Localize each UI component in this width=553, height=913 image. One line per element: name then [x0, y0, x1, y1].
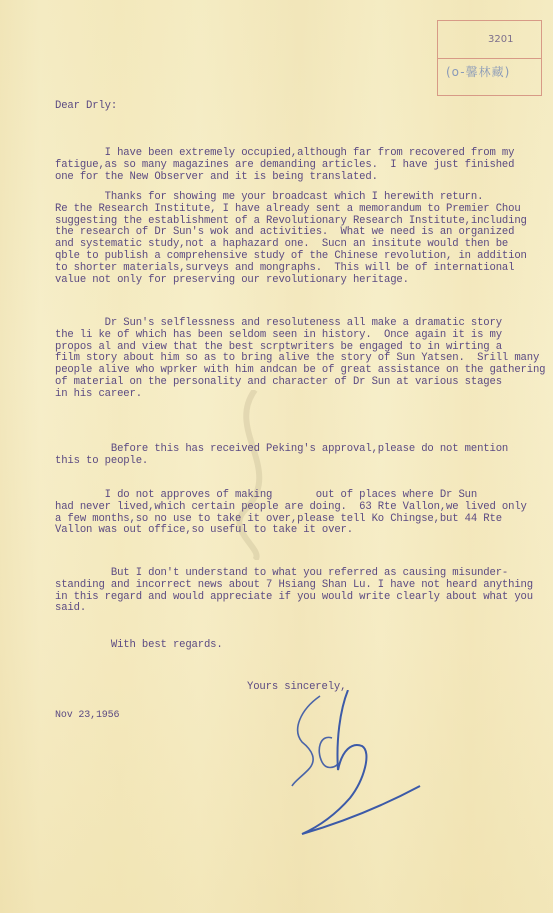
- letter-line: this to people.: [55, 456, 148, 468]
- letter-line: I do not approves of making out of place…: [55, 490, 477, 502]
- letter-line: Before this has received Peking's approv…: [55, 444, 508, 456]
- letter-line: Dr Sun's selflessness and resoluteness a…: [55, 318, 502, 330]
- letter-line: value not only for preserving our revolu…: [55, 275, 409, 287]
- letter-line: I have been extremely occupied,although …: [55, 148, 514, 160]
- letter-line: had never lived,which certain people are…: [55, 502, 527, 514]
- stamp-number: 3201: [488, 34, 513, 45]
- date: Nov 23,1956: [55, 710, 119, 722]
- archive-stamp: 3201 (o-馨林藏): [437, 20, 542, 96]
- stamp-chinese-text: (o-馨林藏): [446, 63, 510, 80]
- letter-line: the li ke of which has been seldom seen …: [55, 330, 502, 342]
- letter-line: Re the Research Institute, I have alread…: [55, 204, 521, 216]
- stamp-top-cell: 3201: [438, 21, 541, 59]
- letter-line: standing and incorrect news about 7 Hsia…: [55, 580, 533, 592]
- letter-line: But I don't understand to what you refer…: [55, 568, 508, 580]
- signature: [290, 690, 440, 850]
- letter-line: of material on the personality and chara…: [55, 377, 502, 389]
- letter-line: Thanks for showing me your broadcast whi…: [55, 192, 483, 204]
- letter-line: fatigue,as so many magazines are demandi…: [55, 160, 514, 172]
- letter-line: to shorter materials,surveys and mongrap…: [55, 263, 514, 275]
- letter-line: With best regards.: [55, 640, 223, 652]
- letter-line: said.: [55, 603, 86, 615]
- letter-page: 3201 (o-馨林藏) Dear Drly: I have been extr…: [0, 0, 553, 913]
- letter-line: one for the New Observer and it is being…: [55, 172, 378, 184]
- letter-line: in his career.: [55, 389, 142, 401]
- salutation: Dear Drly:: [55, 101, 117, 113]
- letter-line: Vallon was out office,so useful to take …: [55, 525, 353, 537]
- letter-line: in this regard and would appreciate if y…: [55, 592, 533, 604]
- letter-line: qble to publish a comprehensive study of…: [55, 251, 527, 263]
